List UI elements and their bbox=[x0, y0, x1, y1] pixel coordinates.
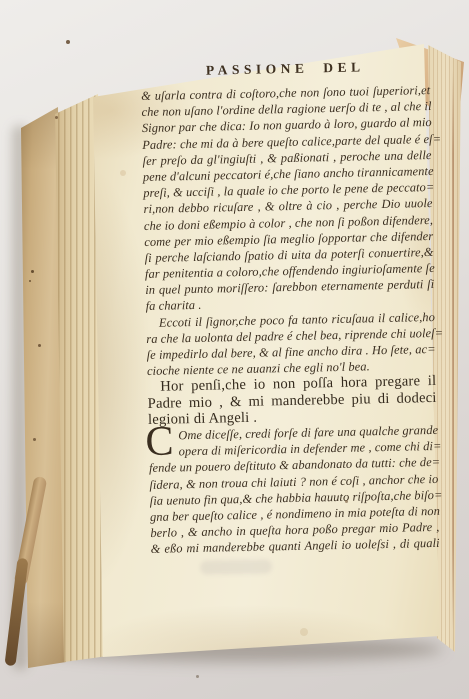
fore-edge-line bbox=[452, 70, 454, 630]
paper-speck bbox=[31, 270, 34, 273]
paper-speck bbox=[120, 170, 126, 176]
paper-speck bbox=[300, 628, 308, 636]
drop-cap: C bbox=[145, 425, 174, 460]
book-photo: PASSIONE DEL & uſarla contra di coſtoro,… bbox=[0, 0, 469, 699]
paper-speck bbox=[55, 116, 58, 119]
paper-speck bbox=[38, 344, 41, 347]
text-block: PASSIONE DEL & uſarla contra di coſtoro,… bbox=[141, 58, 441, 584]
paper-speck bbox=[66, 40, 70, 44]
text-lines: & uſarla contra di coſtoro,che non ſono … bbox=[141, 82, 440, 557]
paper-speck bbox=[196, 675, 199, 678]
running-header: PASSIONE DEL bbox=[141, 58, 430, 80]
paper-speck bbox=[33, 438, 36, 441]
paper-speck bbox=[29, 280, 31, 282]
paper-speck bbox=[345, 500, 348, 503]
